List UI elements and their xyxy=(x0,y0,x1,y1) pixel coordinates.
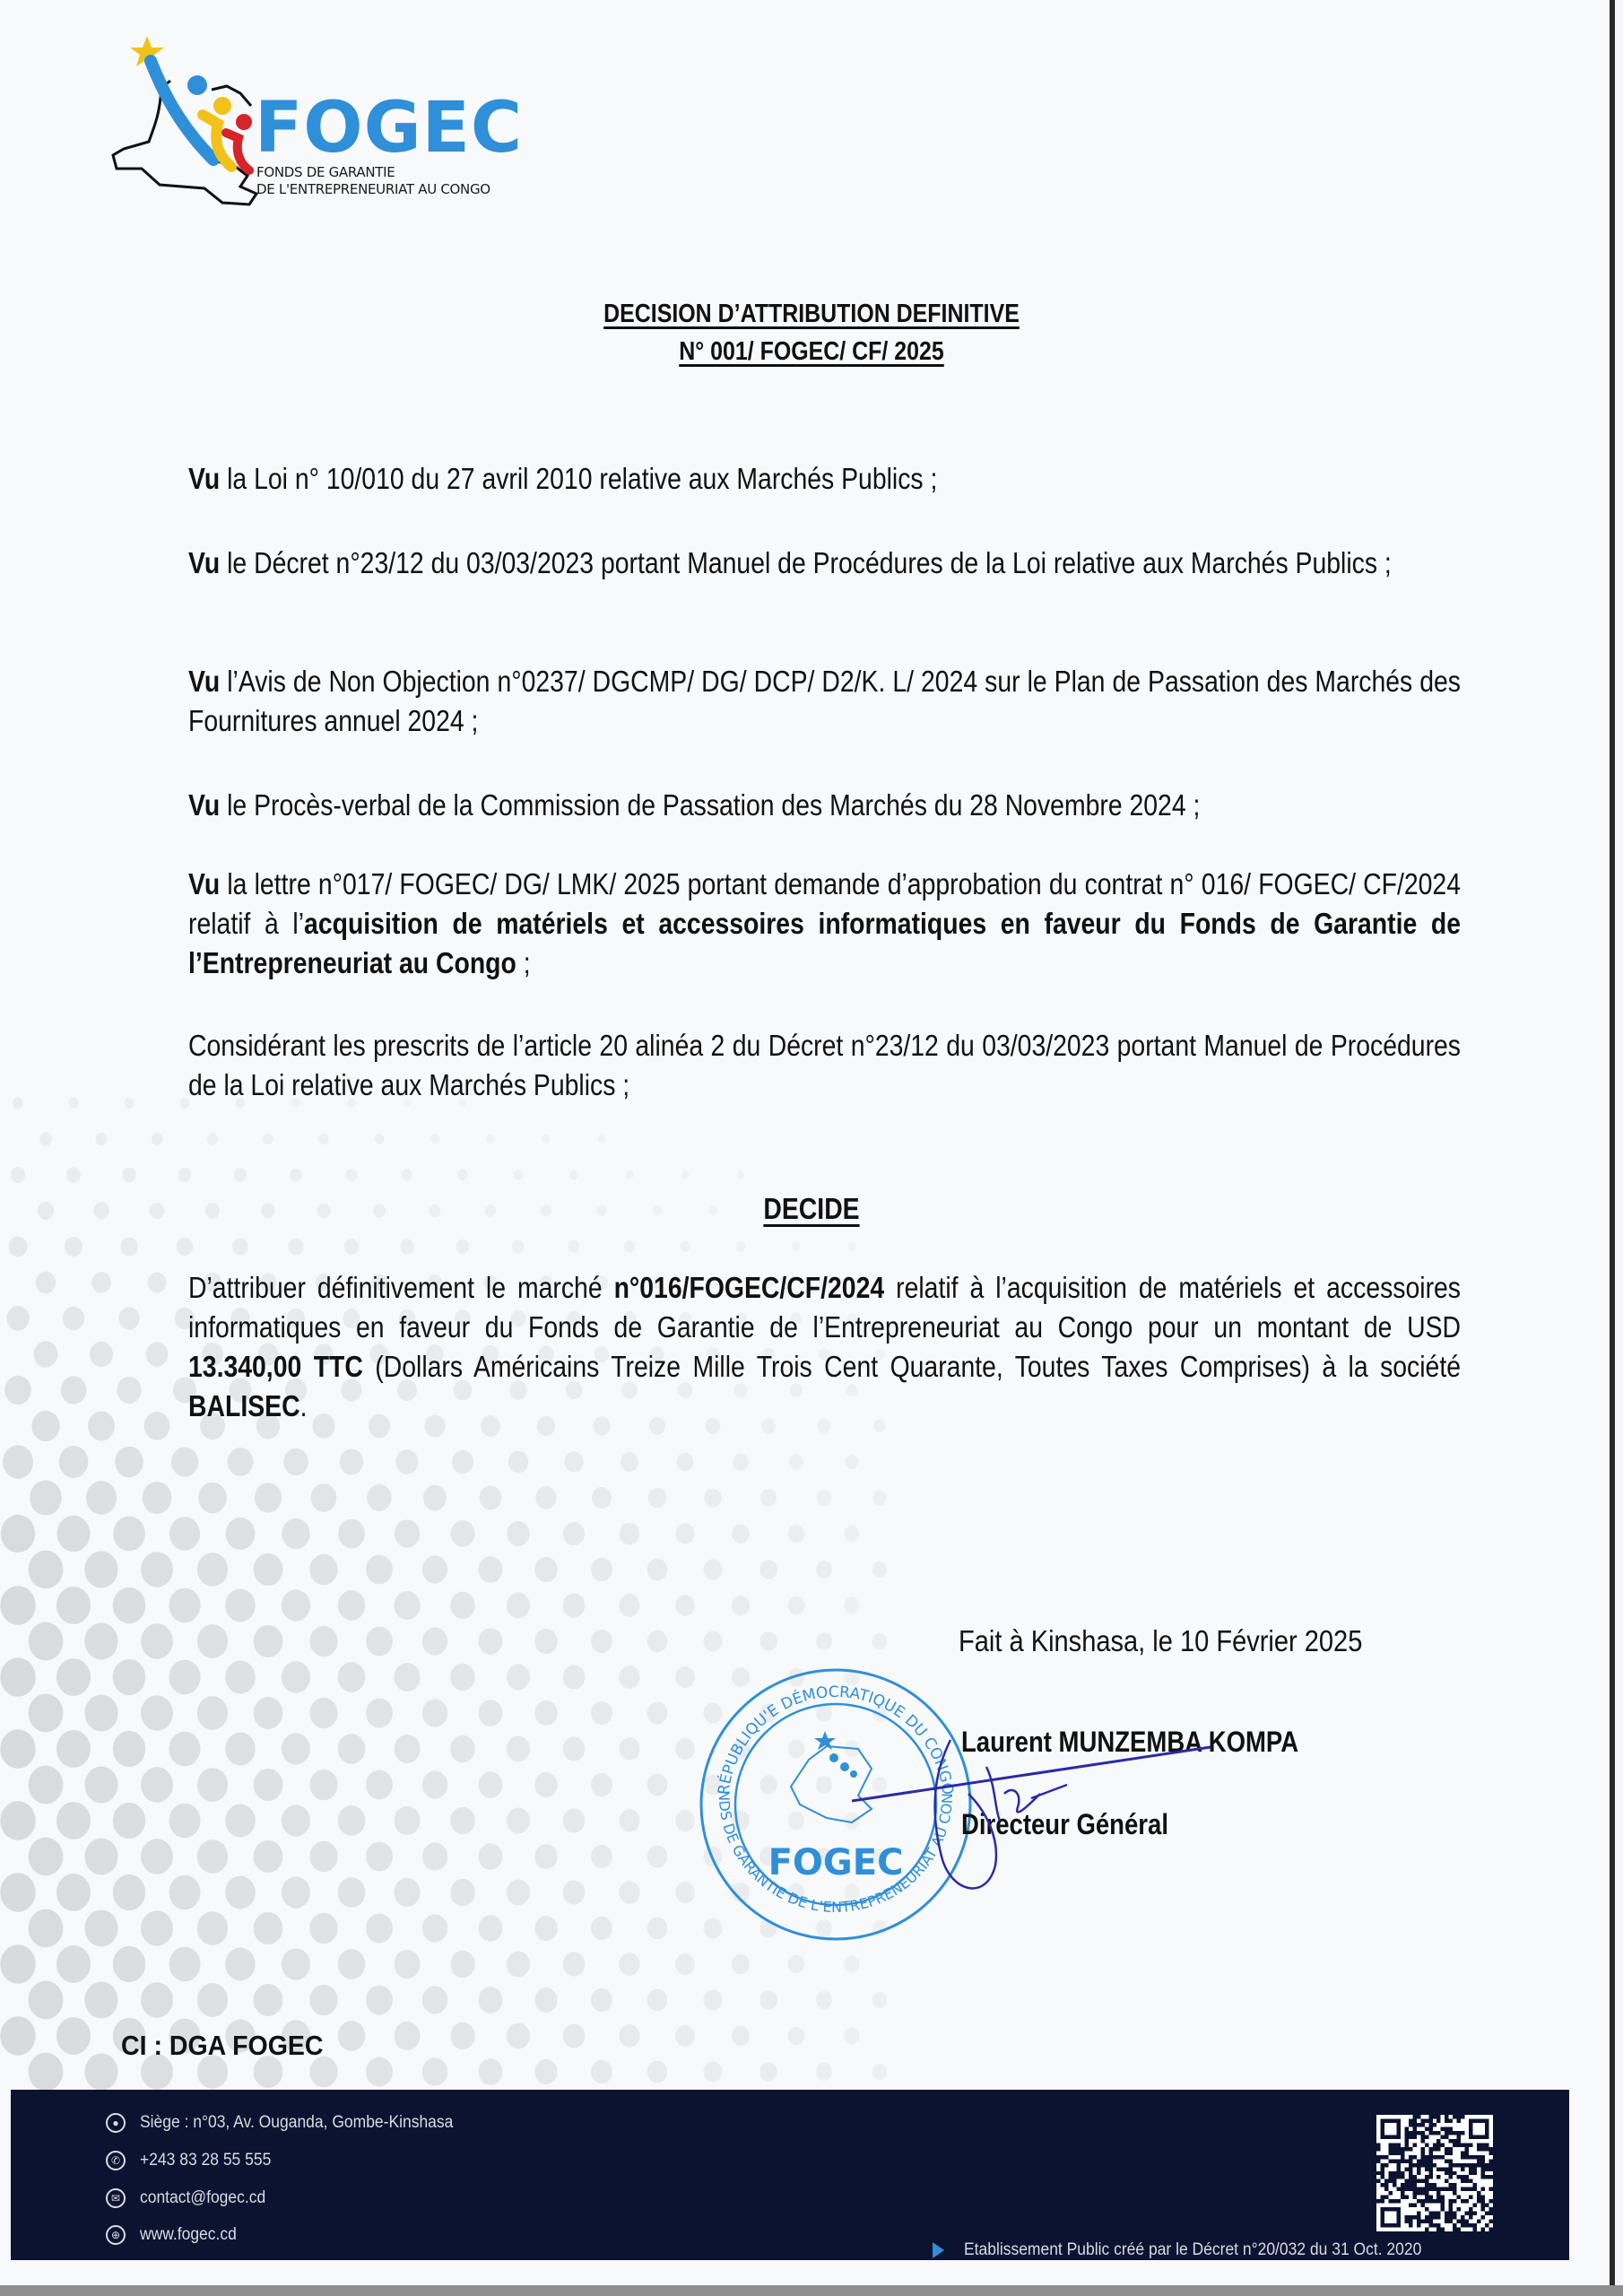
document-title: DECISION D’ATTRIBUTION DEFINITIVE xyxy=(114,300,1510,329)
scan-edge xyxy=(0,2285,1623,2296)
copy-to: CI : DGA FOGEC xyxy=(121,2030,324,2062)
consideration-5: Vu la lettre n°017/ FOGEC/ DG/ LMK/ 2025… xyxy=(188,865,1461,983)
consideration-3: Vu l’Avis de Non Objection n°0237/ DGCMP… xyxy=(188,662,1461,741)
qr-code xyxy=(1376,2115,1493,2231)
footer-phone: ✆ +243 83 28 55 555 xyxy=(106,2151,282,2170)
decision-paragraph: D’attribuer définitivement le marché n°0… xyxy=(188,1268,1461,1426)
location-pin-icon: ● xyxy=(106,2113,126,2133)
fogec-logo: FOGEC FONDS DE GARANTIE DE L'ENTREPRENEU… xyxy=(106,34,536,213)
consideration-1: Vu la Loi n° 10/010 du 27 avril 2010 rel… xyxy=(188,459,1461,499)
footer-email[interactable]: ✉ contact@fogec.cd xyxy=(106,2188,276,2208)
consideration-6: Considérant les prescrits de l’article 2… xyxy=(188,1026,1461,1105)
phone-icon: ✆ xyxy=(106,2151,126,2170)
globe-icon: ⊕ xyxy=(106,2225,126,2245)
document-page: FOGEC FONDS DE GARANTIE DE L'ENTREPRENEU… xyxy=(0,0,1615,2285)
footer-website[interactable]: ⊕ www.fogec.cd xyxy=(106,2225,245,2245)
logo-wordmark: FOGEC xyxy=(255,93,523,163)
establishment-note: Etablissement Public créé par le Décret … xyxy=(933,2240,1462,2260)
decide-heading: DECIDE xyxy=(114,1192,1510,1226)
place-and-date: Fait à Kinshasa, le 10 Février 2025 xyxy=(959,1624,1362,1658)
handwritten-signature xyxy=(852,1731,1282,1910)
decision-number: N° 001/ FOGEC/ CF/ 2025 xyxy=(114,337,1510,367)
footer-address: ● Siège : n°03, Av. Ouganda, Gombe-Kinsh… xyxy=(106,2113,481,2133)
mail-icon: ✉ xyxy=(106,2188,126,2208)
logo-subtitle: FONDS DE GARANTIE DE L'ENTREPRENEURIAT A… xyxy=(256,164,490,198)
consideration-2: Vu le Décret n°23/12 du 03/03/2023 porta… xyxy=(188,544,1461,583)
consideration-4: Vu le Procès-verbal de la Commission de … xyxy=(188,786,1461,825)
triangle-bullet-icon xyxy=(933,2242,944,2258)
